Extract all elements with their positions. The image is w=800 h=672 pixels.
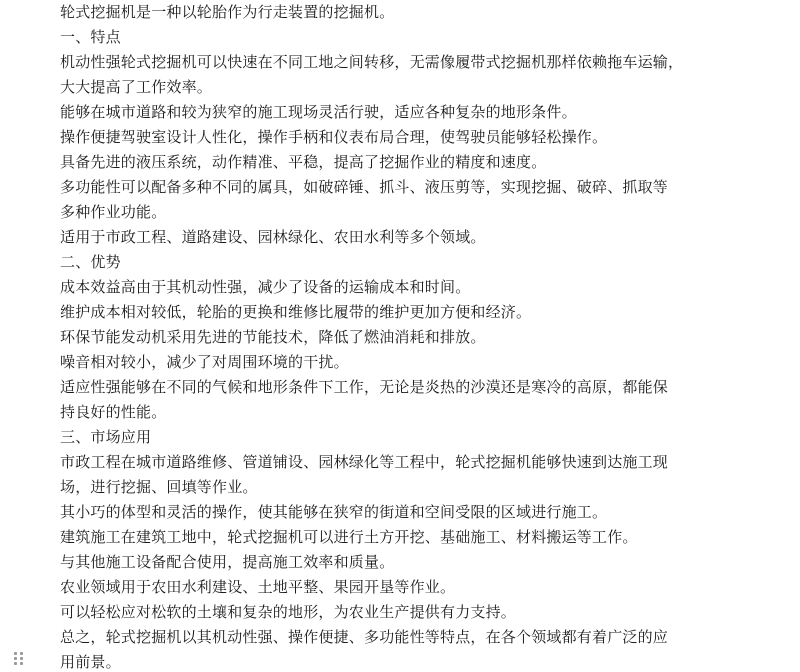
document-body: 轮式挖掘机是一种以轮胎作为行走装置的挖掘机。 一、特点 机动性强轮式挖掘机可以快… bbox=[60, 0, 750, 672]
paragraph-line: 多功能性可以配备多种不同的属具，如破碎锤、抓斗、液压剪等，实现挖掘、破碎、抓取等 bbox=[60, 175, 750, 200]
paragraph-line: 与其他施工设备配合使用，提高施工效率和质量。 bbox=[60, 550, 750, 575]
paragraph-line: 建筑施工在建筑工地中，轮式挖掘机可以进行土方开挖、基础施工、材料搬运等工作。 bbox=[60, 525, 750, 550]
paragraph-line: 可以轻松应对松软的土壤和复杂的地形，为农业生产提供有力支持。 bbox=[60, 600, 750, 625]
paragraph-line: 能够在城市道路和较为狭窄的施工现场灵活行驶，适应各种复杂的地形条件。 bbox=[60, 100, 750, 125]
drag-dot bbox=[20, 662, 23, 665]
drag-handle-icon[interactable] bbox=[14, 652, 24, 666]
paragraph-line: 机动性强轮式挖掘机可以快速在不同工地之间转移，无需像履带式挖掘机那样依赖拖车运输… bbox=[60, 50, 750, 75]
paragraph-line: 适用于市政工程、道路建设、园林绿化、农田水利等多个领域。 bbox=[60, 225, 750, 250]
paragraph-line: 环保节能发动机采用先进的节能技术，降低了燃油消耗和排放。 bbox=[60, 325, 750, 350]
paragraph-line: 持良好的性能。 bbox=[60, 400, 750, 425]
paragraph-line: 操作便捷驾驶室设计人性化，操作手柄和仪表布局合理，使驾驶员能够轻松操作。 bbox=[60, 125, 750, 150]
paragraph-line: 噪音相对较小，减少了对周围环境的干扰。 bbox=[60, 350, 750, 375]
drag-dot bbox=[14, 652, 17, 655]
paragraph-line: 场，进行挖掘、回填等作业。 bbox=[60, 475, 750, 500]
drag-dot bbox=[20, 652, 23, 655]
paragraph-line: 多种作业功能。 bbox=[60, 200, 750, 225]
drag-dot bbox=[14, 662, 17, 665]
paragraph-line: 总之，轮式挖掘机以其机动性强、操作便捷、多功能性等特点，在各个领域都有着广泛的应 bbox=[60, 625, 750, 650]
section-heading-market: 三、市场应用 bbox=[60, 425, 750, 450]
intro-line: 轮式挖掘机是一种以轮胎作为行走装置的挖掘机。 bbox=[60, 0, 750, 25]
paragraph-line: 成本效益高由于其机动性强，减少了设备的运输成本和时间。 bbox=[60, 275, 750, 300]
section-heading-advantages: 二、优势 bbox=[60, 250, 750, 275]
paragraph-line: 农业领域用于农田水利建设、土地平整、果园开垦等作业。 bbox=[60, 575, 750, 600]
paragraph-line: 维护成本相对较低，轮胎的更换和维修比履带的维护更加方便和经济。 bbox=[60, 300, 750, 325]
drag-dot bbox=[14, 657, 17, 660]
section-heading-features: 一、特点 bbox=[60, 25, 750, 50]
paragraph-line: 适应性强能够在不同的气候和地形条件下工作，无论是炎热的沙漠还是寒冷的高原，都能保 bbox=[60, 375, 750, 400]
paragraph-line: 大大提高了工作效率。 bbox=[60, 75, 750, 100]
drag-dot bbox=[20, 657, 23, 660]
paragraph-line: 其小巧的体型和灵活的操作，使其能够在狭窄的街道和空间受限的区域进行施工。 bbox=[60, 500, 750, 525]
paragraph-line: 市政工程在城市道路维修、管道铺设、园林绿化等工程中，轮式挖掘机能够快速到达施工现 bbox=[60, 450, 750, 475]
paragraph-line: 用前景。 bbox=[60, 650, 750, 672]
paragraph-line: 具备先进的液压系统，动作精准、平稳，提高了挖掘作业的精度和速度。 bbox=[60, 150, 750, 175]
